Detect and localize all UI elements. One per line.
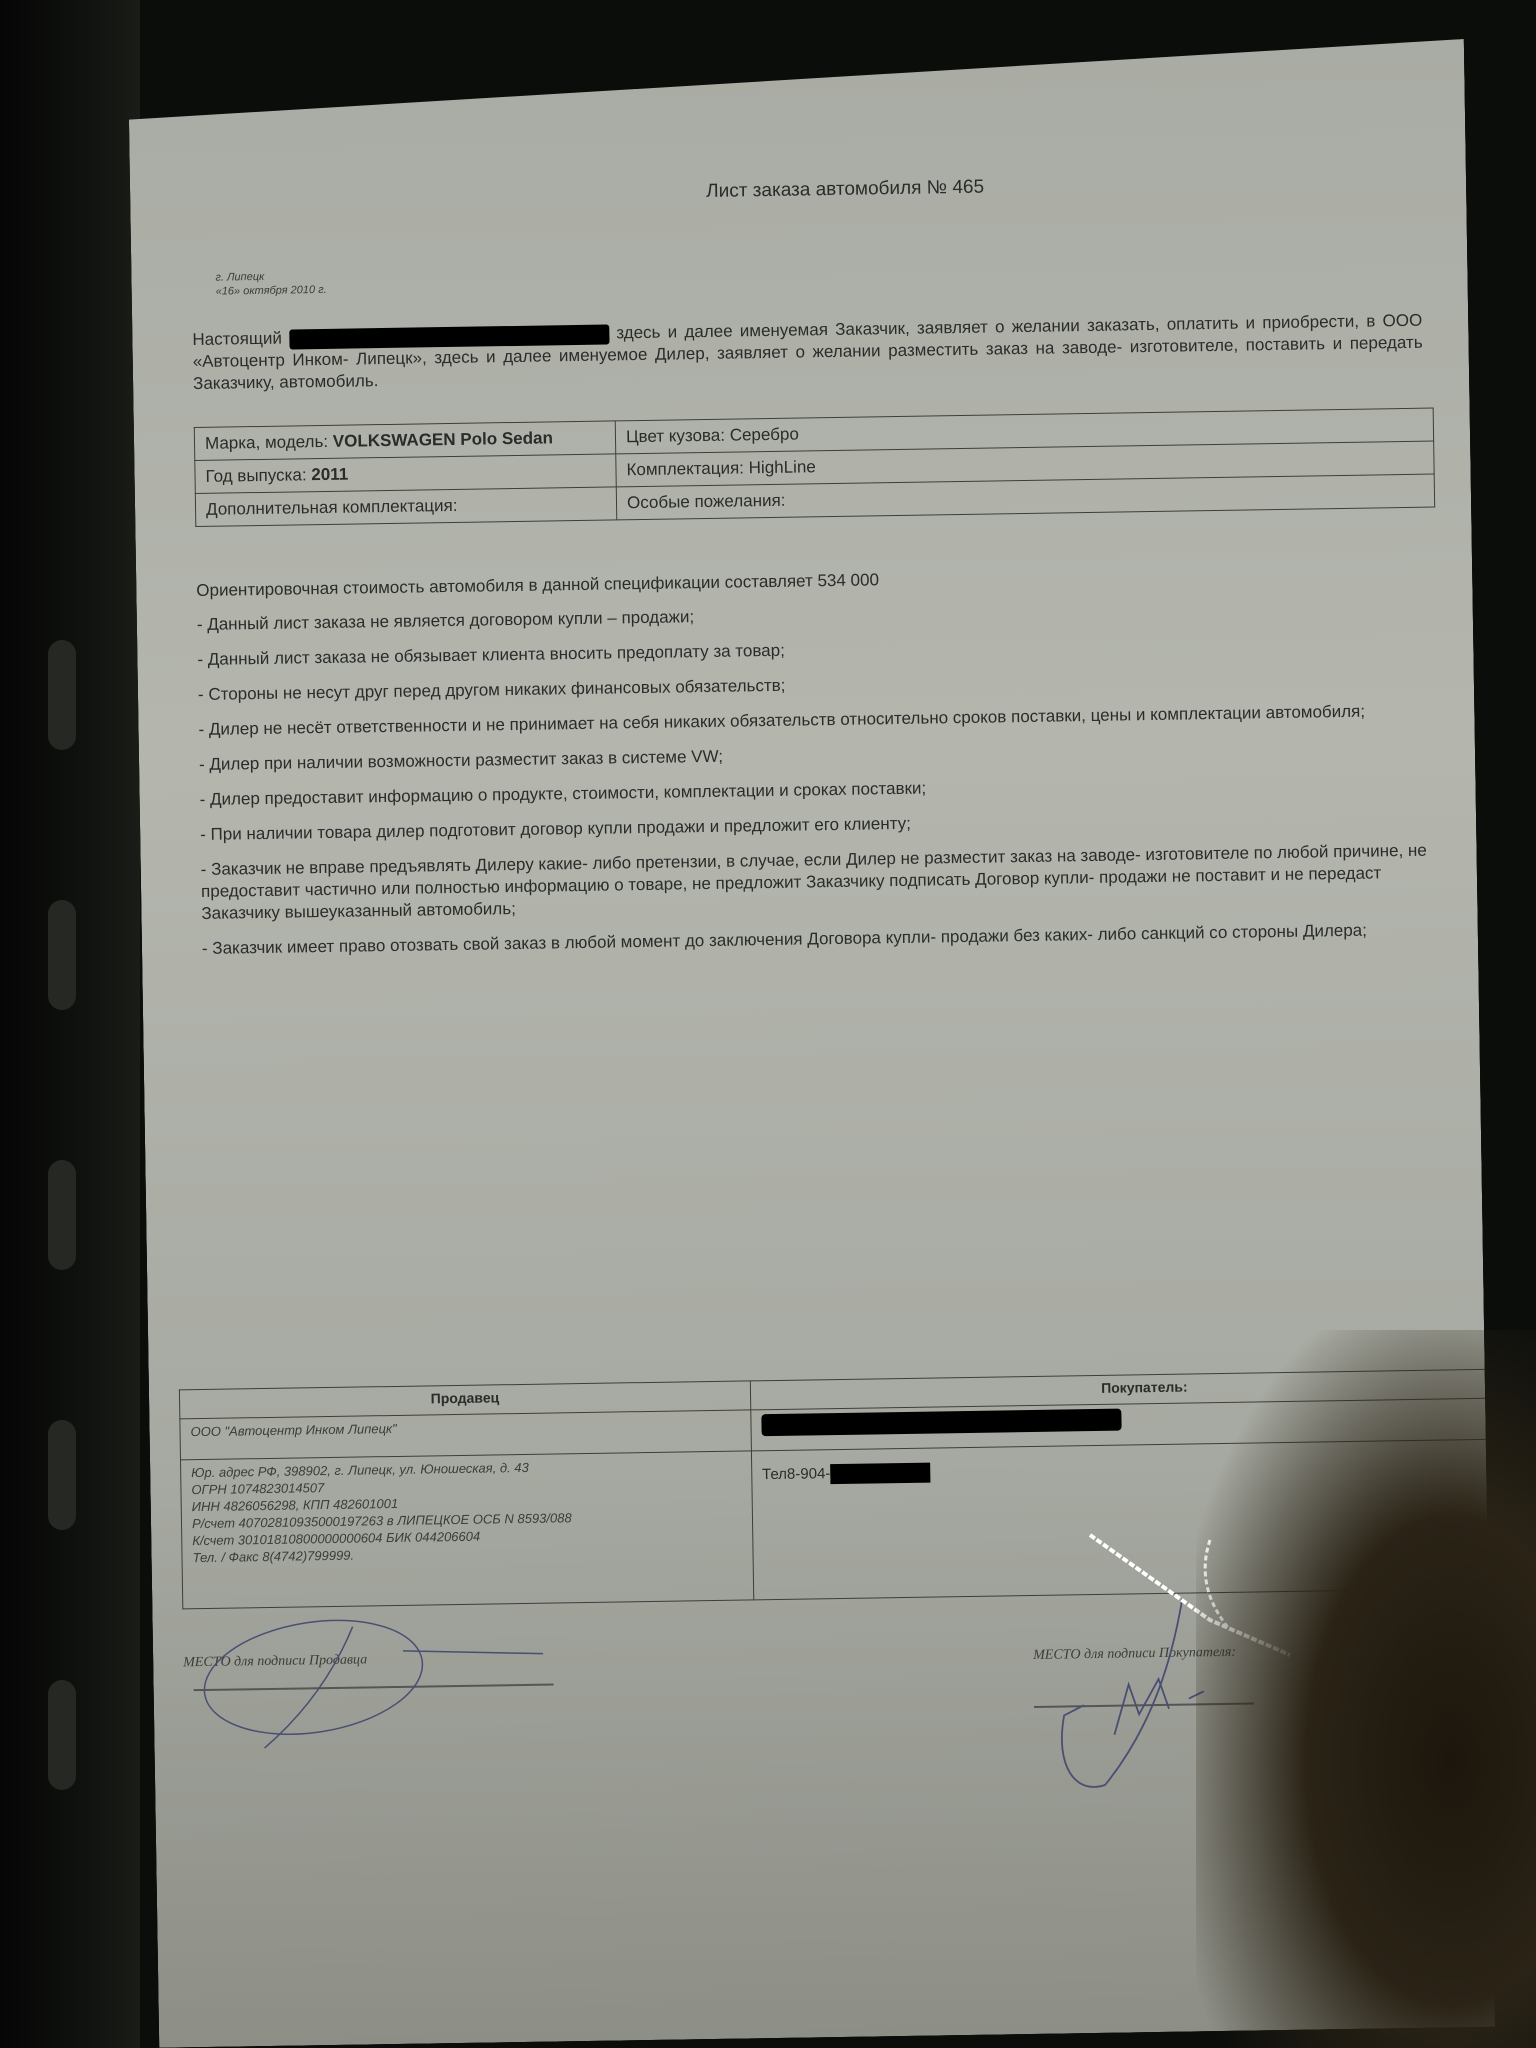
- spec-label: Цвет кузова:: [626, 426, 725, 447]
- term-item: - Дилер при наличии возможности размести…: [199, 735, 1429, 776]
- document-title: Лист заказа автомобиля № 465: [270, 170, 1420, 210]
- binder-ring: [48, 900, 76, 1010]
- intro-prefix: Настоящий: [192, 329, 282, 349]
- spec-value: Серебро: [730, 425, 799, 445]
- term-item: - Стороны не несут друг перед другом ник…: [198, 665, 1428, 706]
- term-item: - Данный лист заказа не обязывает клиент…: [197, 630, 1427, 671]
- vehicle-spec-table: Марка, модель: VOLKSWAGEN Polo SedanЦвет…: [194, 408, 1435, 527]
- spec-label: Марка, модель:: [205, 432, 328, 453]
- binder-ring: [48, 1160, 76, 1270]
- intro-paragraph: Настоящий здесь и далее именуемая Заказч…: [192, 310, 1423, 395]
- spec-label: Год выпуска:: [205, 465, 306, 486]
- spec-label: Особые пожелания:: [627, 491, 786, 512]
- binder-ring: [48, 1680, 76, 1790]
- spec-value: 2011: [311, 465, 348, 485]
- term-item: - При наличии товара дилер подготовит до…: [200, 805, 1430, 846]
- term-item: - Дилер не несёт ответственности и не пр…: [198, 700, 1428, 741]
- estimated-price: Ориентировочная стоимость автомобиля в д…: [196, 562, 1426, 601]
- terms-list: - Данный лист заказа не является договор…: [197, 595, 1432, 960]
- place-date: г. Липецк «16» октября 2010 г.: [215, 252, 1421, 299]
- term-item: - Заказчик не вправе предъявлять Дилеру …: [201, 840, 1432, 925]
- term-item: - Дилер предоставит информацию о продукт…: [199, 770, 1429, 811]
- intro-text: здесь и далее именуемая Заказчик, заявля…: [193, 311, 1423, 393]
- binder-ring: [48, 1420, 76, 1530]
- redacted-phone: [830, 1463, 930, 1485]
- finger-shadow: [1196, 1330, 1536, 2048]
- spec-value: HighLine: [749, 457, 816, 477]
- term-item: - Заказчик имеет право отозвать свой зак…: [202, 919, 1432, 960]
- spec-label: Комплектация:: [626, 458, 744, 479]
- term-item: - Данный лист заказа не является договор…: [197, 595, 1427, 636]
- spec-value: VOLKSWAGEN Polo Sedan: [333, 428, 553, 450]
- binder-ring: [48, 640, 76, 750]
- spec-label: Дополнительная комплектация:: [206, 496, 458, 519]
- binder-background: [0, 0, 140, 2048]
- seller-signature-icon: [202, 1603, 564, 1769]
- spec-left-cell: Дополнительная комплектация:: [195, 487, 616, 527]
- redacted-buyer-name: [761, 1409, 1121, 1437]
- document-content: Лист заказа автомобиля № 465 г. Липецк «…: [190, 170, 1432, 960]
- buyer-phone-prefix: Тел8-904-: [762, 1465, 831, 1483]
- seller-requisites: Юр. адрес РФ, 398902, г. Липецк, ул. Юно…: [180, 1451, 753, 1609]
